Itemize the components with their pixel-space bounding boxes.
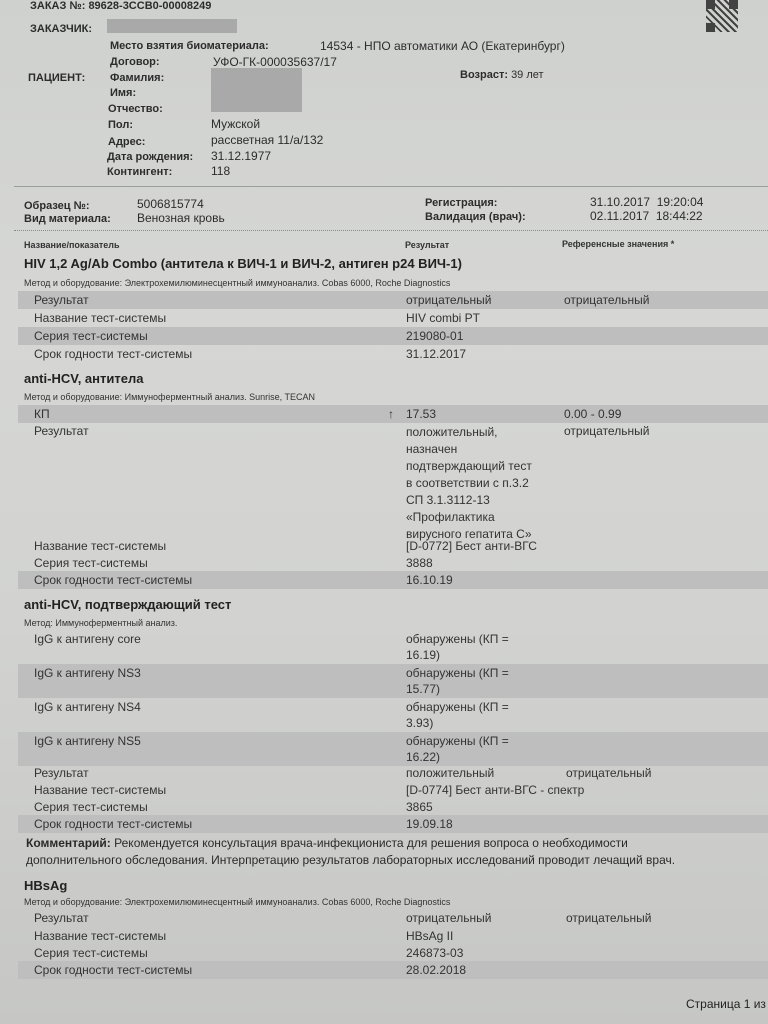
material-label: Вид материала: [24, 213, 111, 225]
column-header-reference: Референсные значения * [562, 239, 674, 249]
table-row: Срок годности тест-системы16.10.19 [18, 571, 768, 589]
hbsag-method: Метод и оборудование: Электрохемилюминес… [24, 897, 450, 907]
hbsag-title: HBsAg [24, 878, 67, 893]
hiv-method: Метод и оборудование: Электрохемилюминес… [24, 278, 450, 288]
table-row: Серия тест-системы3865 [18, 798, 768, 816]
table-row-antigen: IgG к антигену coreобнаружены (КП =16.19… [18, 630, 768, 664]
registration-label: Регистрация: [425, 197, 497, 209]
birthdate: 31.12.1977 [211, 149, 271, 163]
sex-label: Пол: [108, 119, 133, 131]
order-label: ЗАКАЗ №: 89628-3CCB0-00008249 [30, 0, 211, 12]
page-number: Страница 1 из [686, 997, 766, 1011]
age-label: Возраст: 39 лет [460, 69, 544, 81]
table-row: Срок годности тест-системы28.02.2018 [18, 961, 768, 979]
collection-place: 14534 - НПО автоматики АО (Екатеринбург) [320, 39, 565, 53]
table-row: Результатотрицательныйотрицательный [18, 291, 768, 309]
contract-label: Договор: [110, 56, 160, 68]
qr-code-icon [706, 0, 738, 32]
hcv-title: anti-HCV, антитела [24, 371, 143, 386]
dotted-divider [14, 230, 768, 231]
arrow-up-icon: ↑ [388, 407, 394, 421]
hcv-method: Метод и оборудование: Иммуноферментный а… [24, 392, 315, 402]
hiv-title: HIV 1,2 Ag/Ab Combo (антитела к ВИЧ-1 и … [24, 256, 462, 271]
hcv-confirm-method: Метод: Иммуноферментный анализ. [24, 618, 177, 628]
validation: 02.11.2017 18:44:22 [590, 209, 703, 223]
patient-label: ПАЦИЕНТ: [28, 72, 85, 84]
table-row: Срок годности тест-системы31.12.2017 [18, 345, 768, 363]
registration: 31.10.2017 19:20:04 [590, 195, 703, 209]
table-row: Название тест-системыHBsAg II [18, 927, 768, 945]
table-row: Название тест-системы[D-0772] Бест анти-… [18, 537, 768, 555]
hcv-result-text: положительный, назначен подтверждающий т… [406, 424, 532, 543]
sample-label: Образец №: [24, 200, 90, 212]
contingent-label: Контингент: [107, 166, 172, 178]
table-row: Результатотрицательныйотрицательный [18, 909, 768, 927]
table-row-antigen: IgG к антигену NS4обнаружены (КП =3.93) [18, 698, 768, 732]
table-row: Результатположительныйотрицательный [18, 764, 768, 782]
sample-number: 5006815774 [137, 197, 204, 211]
column-header-result: Результат [405, 240, 449, 250]
table-row-antigen: IgG к антигену NS3обнаружены (КП =15.77) [18, 664, 768, 698]
address: рассветная 11/а/132 [211, 133, 323, 147]
comment-label: Комментарий: [26, 836, 111, 850]
customer-label: ЗАКАЗЧИК: [30, 23, 92, 35]
contract: УФО-ГК-000035637/17 [213, 55, 337, 69]
table-row: Срок годности тест-системы19.09.18 [18, 815, 768, 833]
table-row-result: Результат отрицательный [18, 422, 768, 542]
customer-redacted [107, 19, 237, 33]
birthdate-label: Дата рождения: [107, 151, 193, 163]
surname-label: Фамилия: [110, 72, 164, 84]
hcv-confirm-title: anti-HCV, подтверждающий тест [24, 597, 231, 612]
table-row-kp: КП↑17.530.00 - 0.99 [18, 405, 768, 423]
table-row: Серия тест-системы3888 [18, 554, 768, 572]
column-header-name: Название/показатель [24, 240, 120, 250]
divider [14, 186, 768, 187]
validation-label: Валидация (врач): [425, 211, 526, 223]
patronymic-label: Отчество: [108, 103, 163, 115]
age: 39 лет [511, 69, 544, 81]
table-row: Название тест-системы[D-0774] Бест анти-… [18, 781, 768, 799]
contingent: 118 [211, 164, 230, 178]
address-label: Адрес: [108, 136, 145, 148]
collection-place-label: Место взятия биоматериала: [110, 40, 269, 52]
patient-name-redacted [211, 68, 302, 112]
table-row: Серия тест-системы219080-01 [18, 327, 768, 345]
material: Венозная кровь [137, 211, 225, 225]
table-row: Серия тест-системы246873-03 [18, 944, 768, 962]
order-number: 89628-3CCB0-00008249 [88, 0, 211, 12]
table-row: Название тест-системыHIV combi PT [18, 309, 768, 327]
comment: Комментарий: Рекомендуется консультация … [26, 836, 675, 867]
sex: Мужской [211, 117, 260, 131]
name-label: Имя: [110, 87, 136, 99]
table-row-antigen: IgG к антигену NS5обнаружены (КП =16.22) [18, 732, 768, 766]
